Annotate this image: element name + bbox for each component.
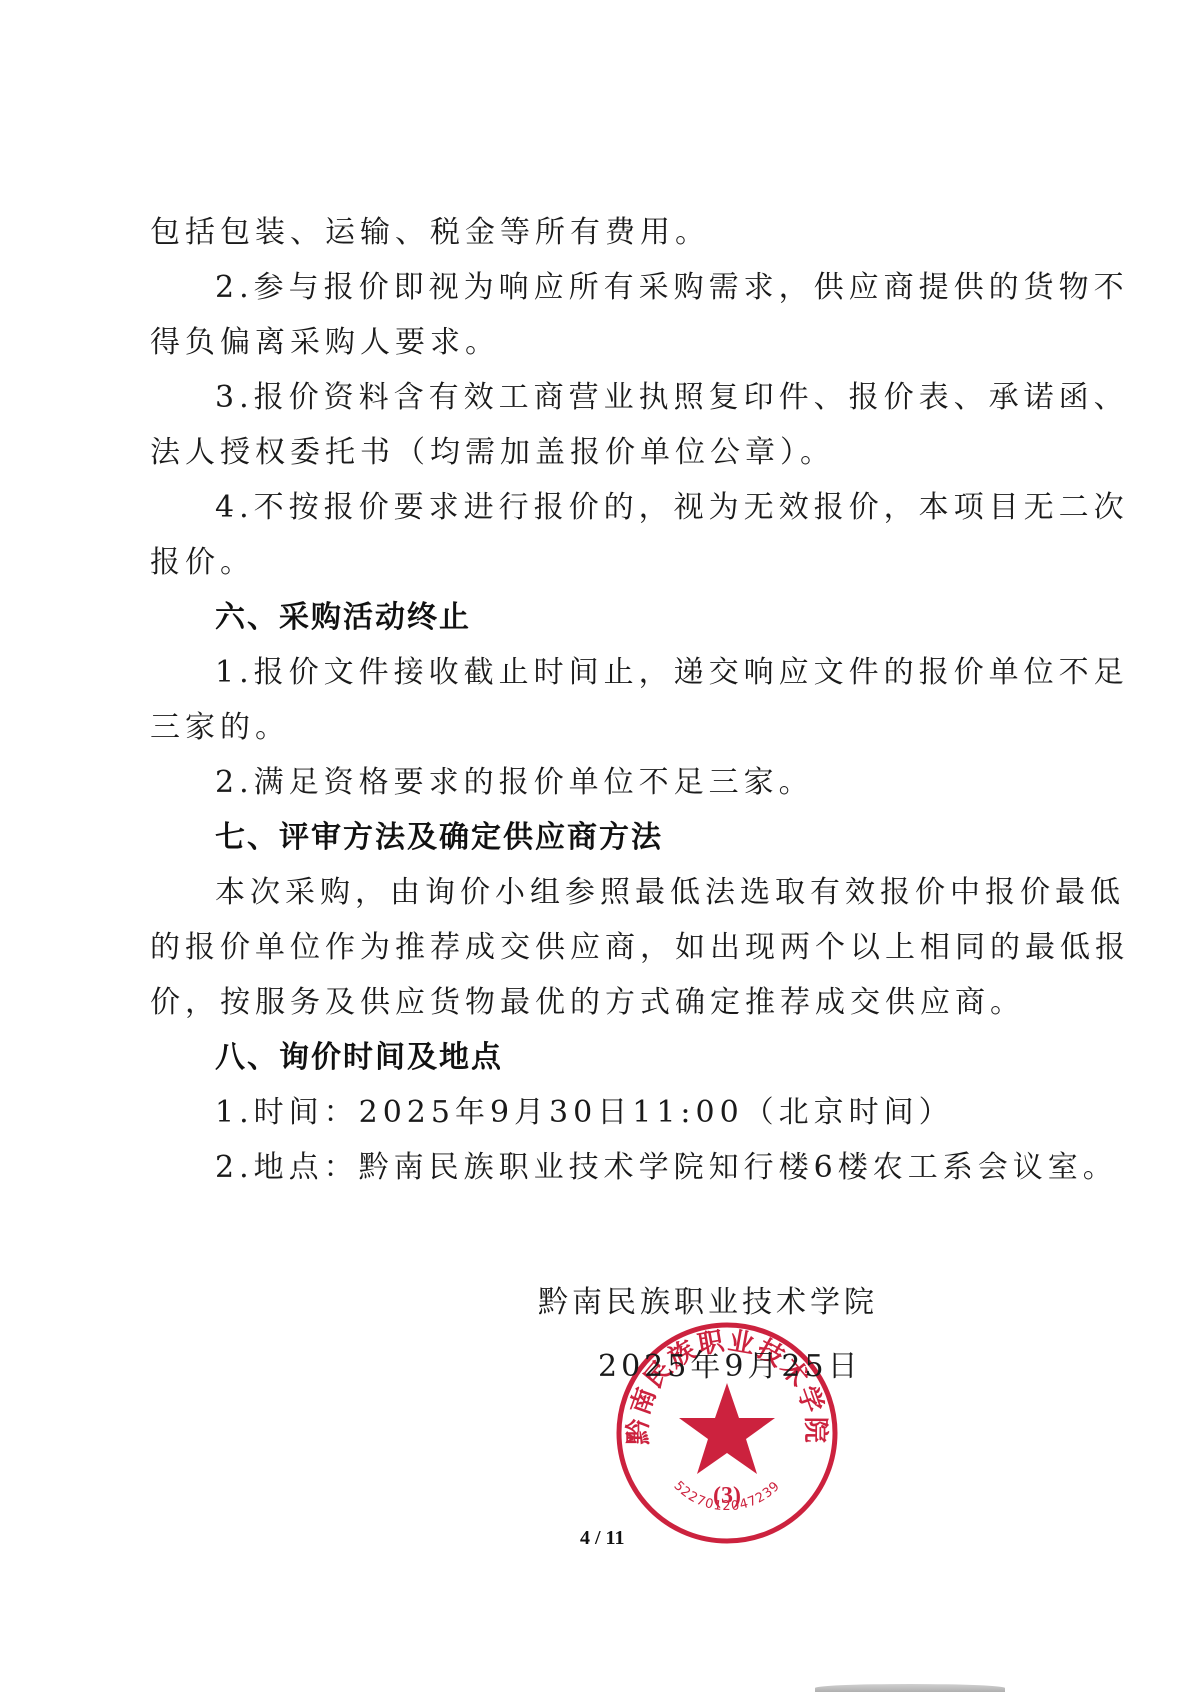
paragraph-line: 价，按服务及供应货物最优的方式确定推荐成交供应商。 [150, 983, 1025, 1023]
document-page: 包括包装、运输、税金等所有费用。 2.参与报价即视为响应所有采购需求，供应商提供… [0, 0, 1190, 1692]
paragraph-line: 得负偏离采购人要求。 [150, 323, 500, 363]
section-heading-7: 七、评审方法及确定供应商方法 [215, 818, 663, 858]
scan-artifact [815, 1684, 1005, 1692]
paragraph-line: 报价。 [150, 543, 255, 583]
paragraph-line: 包括包装、运输、税金等所有费用。 [150, 213, 710, 253]
paragraph-line: 法人授权委托书（均需加盖报价单位公章）。 [150, 433, 835, 473]
evaluation-paragraph: 本次采购，由询价小组参照最低法选取有效报价中报价最低 [215, 873, 1125, 913]
inquiry-time: 1.时间：2025年9月30日11:00（北京时间） [215, 1093, 954, 1133]
signature-date: 2025年9月25日 [598, 1347, 862, 1387]
requirement-item-4: 4.不按报价要求进行报价的，视为无效报价，本项目无二次 [215, 488, 1129, 528]
requirement-item-2: 2.参与报价即视为响应所有采购需求，供应商提供的货物不 [215, 268, 1129, 308]
termination-item-2: 2.满足资格要求的报价单位不足三家。 [215, 763, 814, 803]
signature-organization: 黔南民族职业技术学院 [538, 1283, 878, 1323]
termination-item-1: 1.报价文件接收截止时间止，递交响应文件的报价单位不足 [215, 653, 1129, 693]
section-heading-8: 八、询价时间及地点 [215, 1038, 503, 1078]
inquiry-location: 2.地点：黔南民族职业技术学院知行楼6楼农工系会议室。 [215, 1148, 1118, 1188]
paragraph-line: 三家的。 [150, 708, 290, 748]
requirement-item-3: 3.报价资料含有效工商营业执照复印件、报价表、承诺函、 [215, 378, 1129, 418]
paragraph-line: 的报价单位作为推荐成交供应商，如出现两个以上相同的最低报 [150, 928, 1130, 968]
section-heading-6: 六、采购活动终止 [215, 598, 471, 638]
